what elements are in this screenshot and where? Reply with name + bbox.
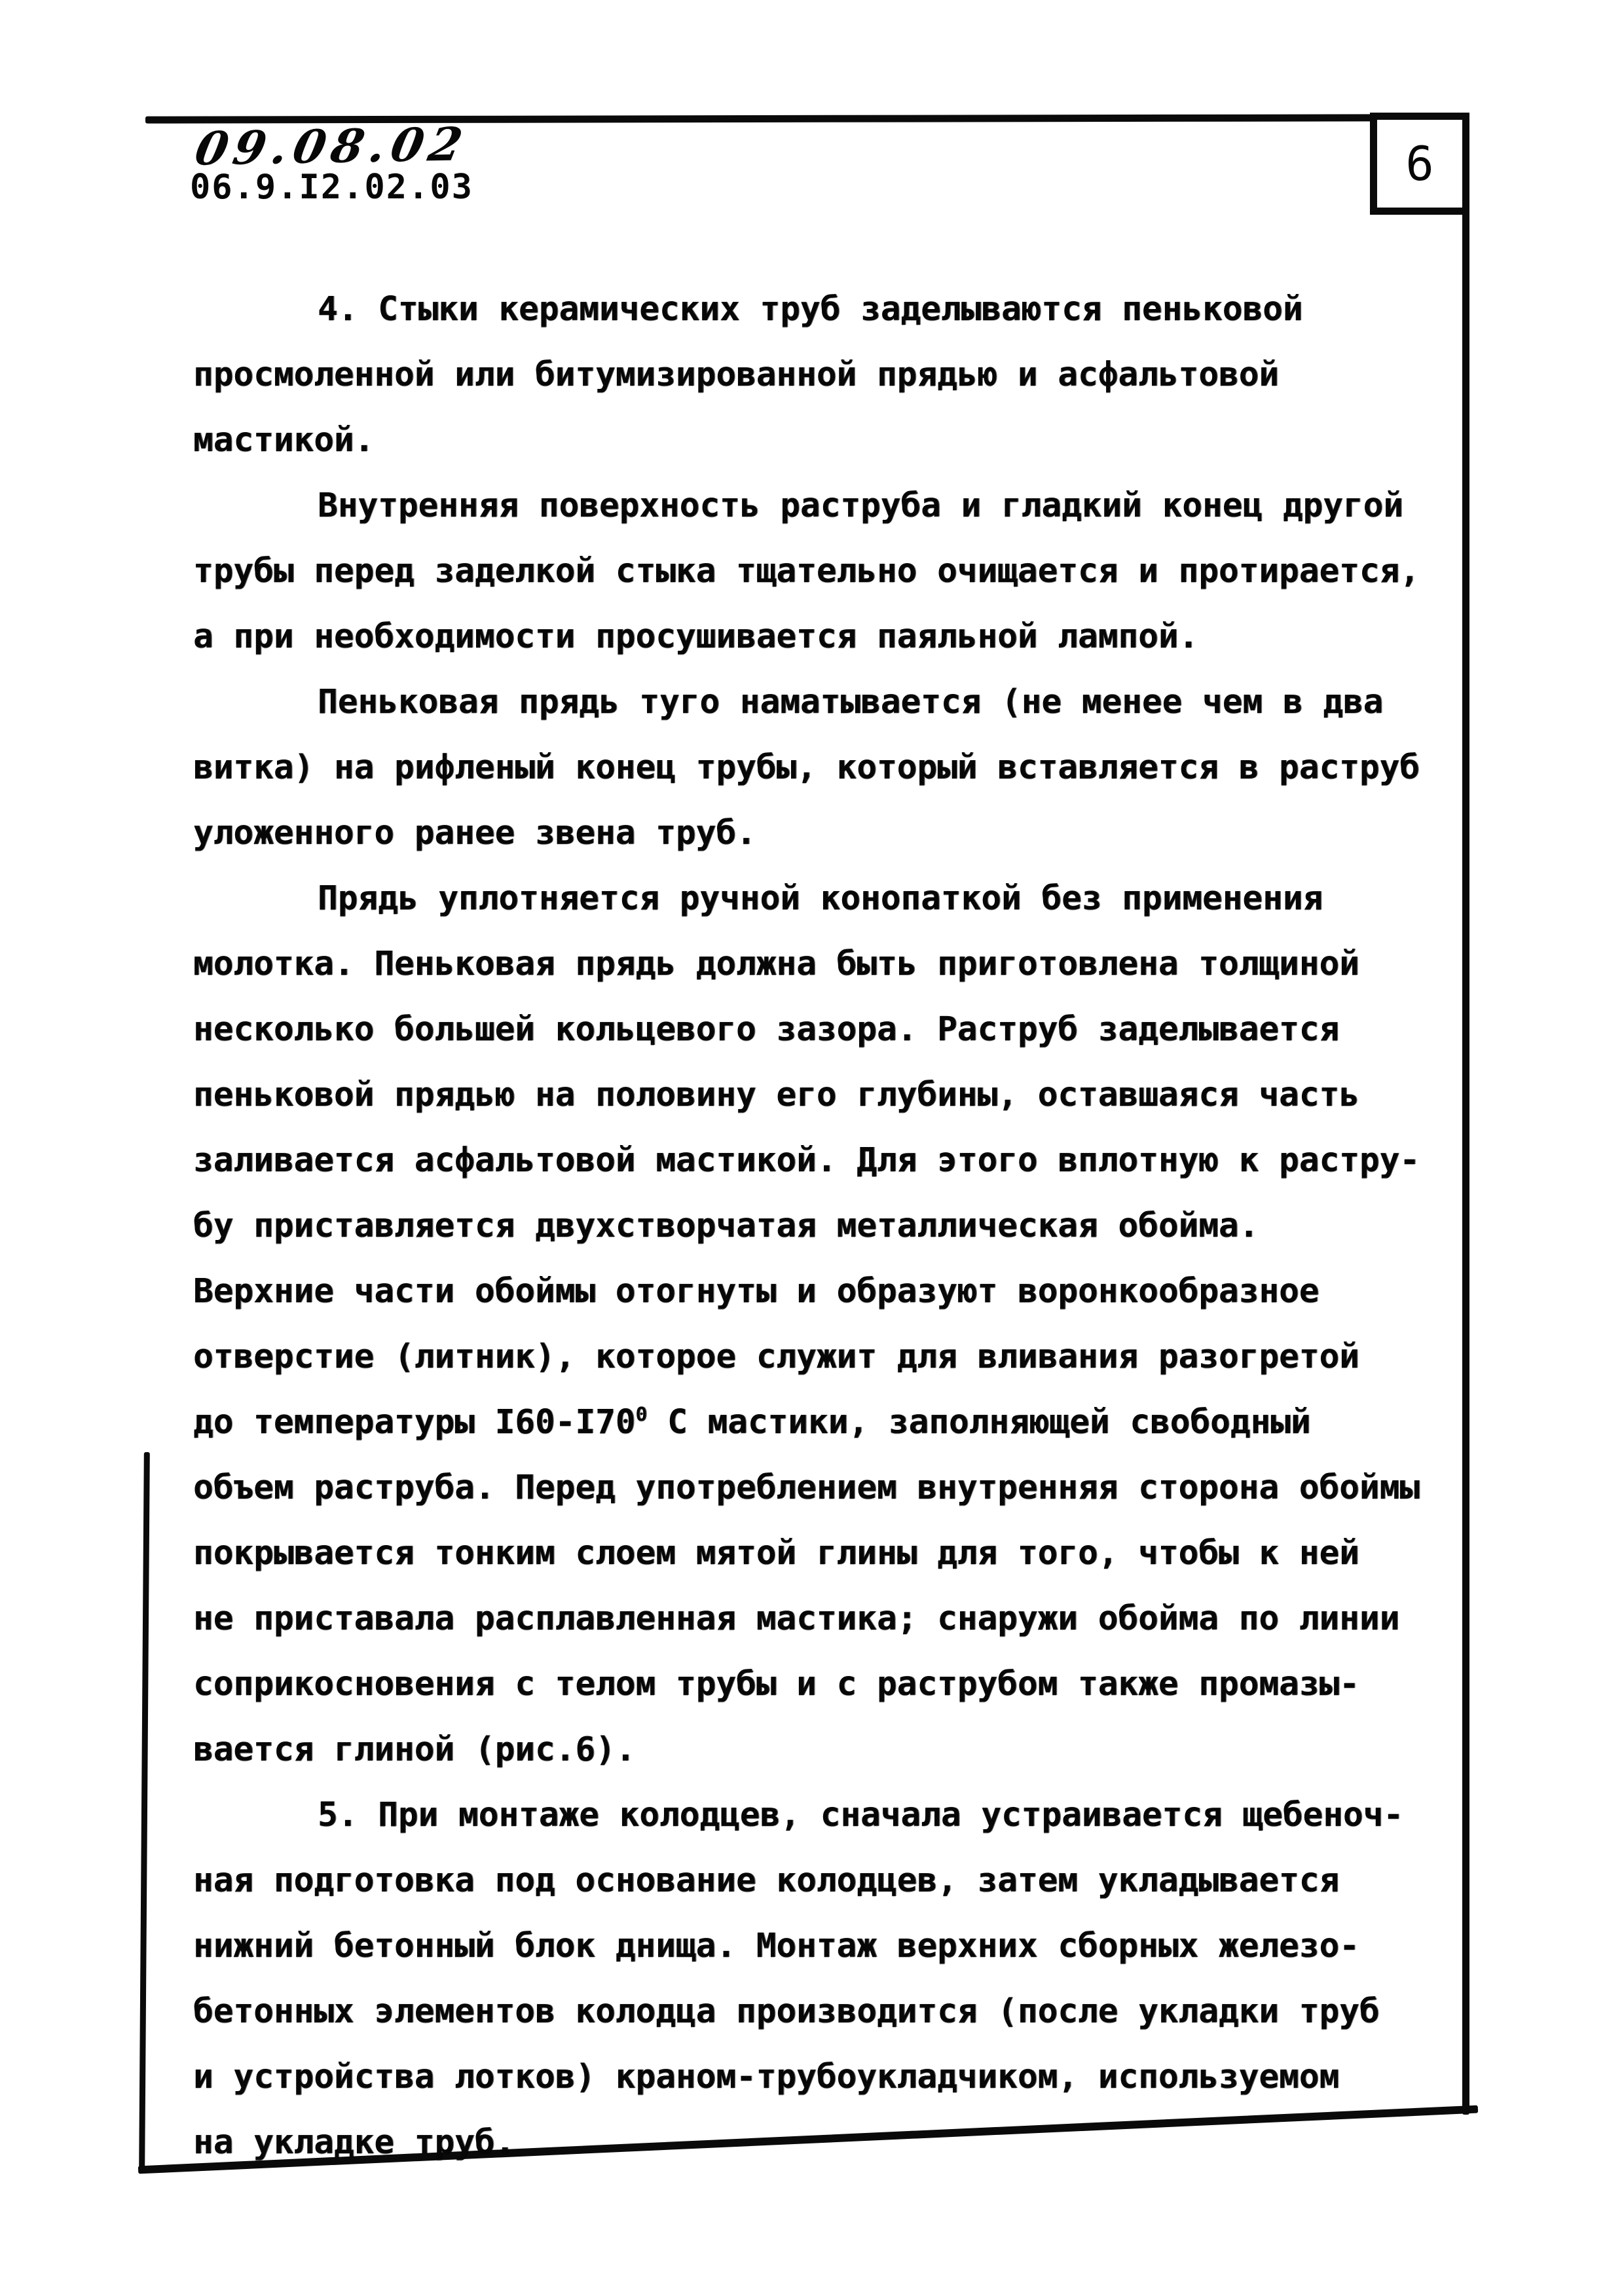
- document-code: 06.9.I2.02.03: [190, 168, 473, 207]
- text-line: ная подготовка под основание колодцев, з…: [193, 1848, 1473, 1914]
- text-line: несколько большей кольцевого зазора. Рас…: [193, 997, 1473, 1063]
- text-line: просмоленной или битумизированной прядью…: [193, 342, 1473, 408]
- text-line: бетонных элементов колодца производится …: [193, 1979, 1473, 2045]
- page-number: 6: [1405, 136, 1433, 191]
- text-line: соприкосновения с телом трубы и с растру…: [193, 1652, 1473, 1717]
- text-line: витка) на рифленый конец трубы, который …: [193, 735, 1473, 801]
- document-text: 4. Стыки керамических труб заделываются …: [193, 277, 1473, 2176]
- text-line: заливается асфальтовой мастикой. Для это…: [193, 1128, 1473, 1194]
- text-line: а при необходимости просушивается паяльн…: [193, 604, 1473, 670]
- text-line: объем раструба. Перед употреблением внут…: [193, 1455, 1473, 1521]
- left-border-rule: [139, 1452, 150, 2170]
- text-line: и устройства лотков) краном-трубоукладчи…: [193, 2045, 1473, 2110]
- text-line: 5. При монтаже колодцев, сначала устраив…: [193, 1783, 1473, 1848]
- text-line: молотка. Пеньковая прядь должна быть при…: [193, 932, 1473, 997]
- text-line-with-superscript: до температуры I60-I700 С мастики, запол…: [193, 1390, 1473, 1455]
- text-line: трубы перед заделкой стыка тщательно очи…: [193, 539, 1473, 604]
- text-line: на укладке труб.: [193, 2110, 1473, 2176]
- text-segment: до температуры I60-I70: [193, 1403, 636, 1442]
- text-line: бу приставляется двухстворчатая металлич…: [193, 1194, 1473, 1259]
- text-line: нижний бетонный блок днища. Монтаж верхн…: [193, 1914, 1473, 1979]
- text-line: вается глиной (рис.6).: [193, 1717, 1473, 1783]
- page-number-box: 6: [1370, 113, 1469, 215]
- scanned-document-page: 09.08.02 06.9.I2.02.03 6 4. Стыки керами…: [0, 0, 1624, 2296]
- text-line: отверстие (литник), которое служит для в…: [193, 1324, 1473, 1390]
- text-line: Верхние части обоймы отогнуты и образуют…: [193, 1259, 1473, 1324]
- text-segment: С мастики, заполняющей свободный: [647, 1403, 1310, 1442]
- text-line: мастикой.: [193, 408, 1473, 473]
- text-line: покрывается тонким слоем мятой глины для…: [193, 1521, 1473, 1586]
- text-line: 4. Стыки керамических труб заделываются …: [193, 277, 1473, 342]
- text-line: не приставала расплавленная мастика; сна…: [193, 1586, 1473, 1652]
- superscript-degree: 0: [636, 1381, 648, 1447]
- text-line: уложенного ранее звена труб.: [193, 801, 1473, 866]
- text-line: Внутренняя поверхность раструба и гладки…: [193, 473, 1473, 539]
- text-line: Прядь уплотняется ручной конопаткой без …: [193, 866, 1473, 932]
- text-line: пеньковой прядью на половину его глубины…: [193, 1063, 1473, 1128]
- text-line: Пеньковая прядь туго наматывается (не ме…: [193, 670, 1473, 735]
